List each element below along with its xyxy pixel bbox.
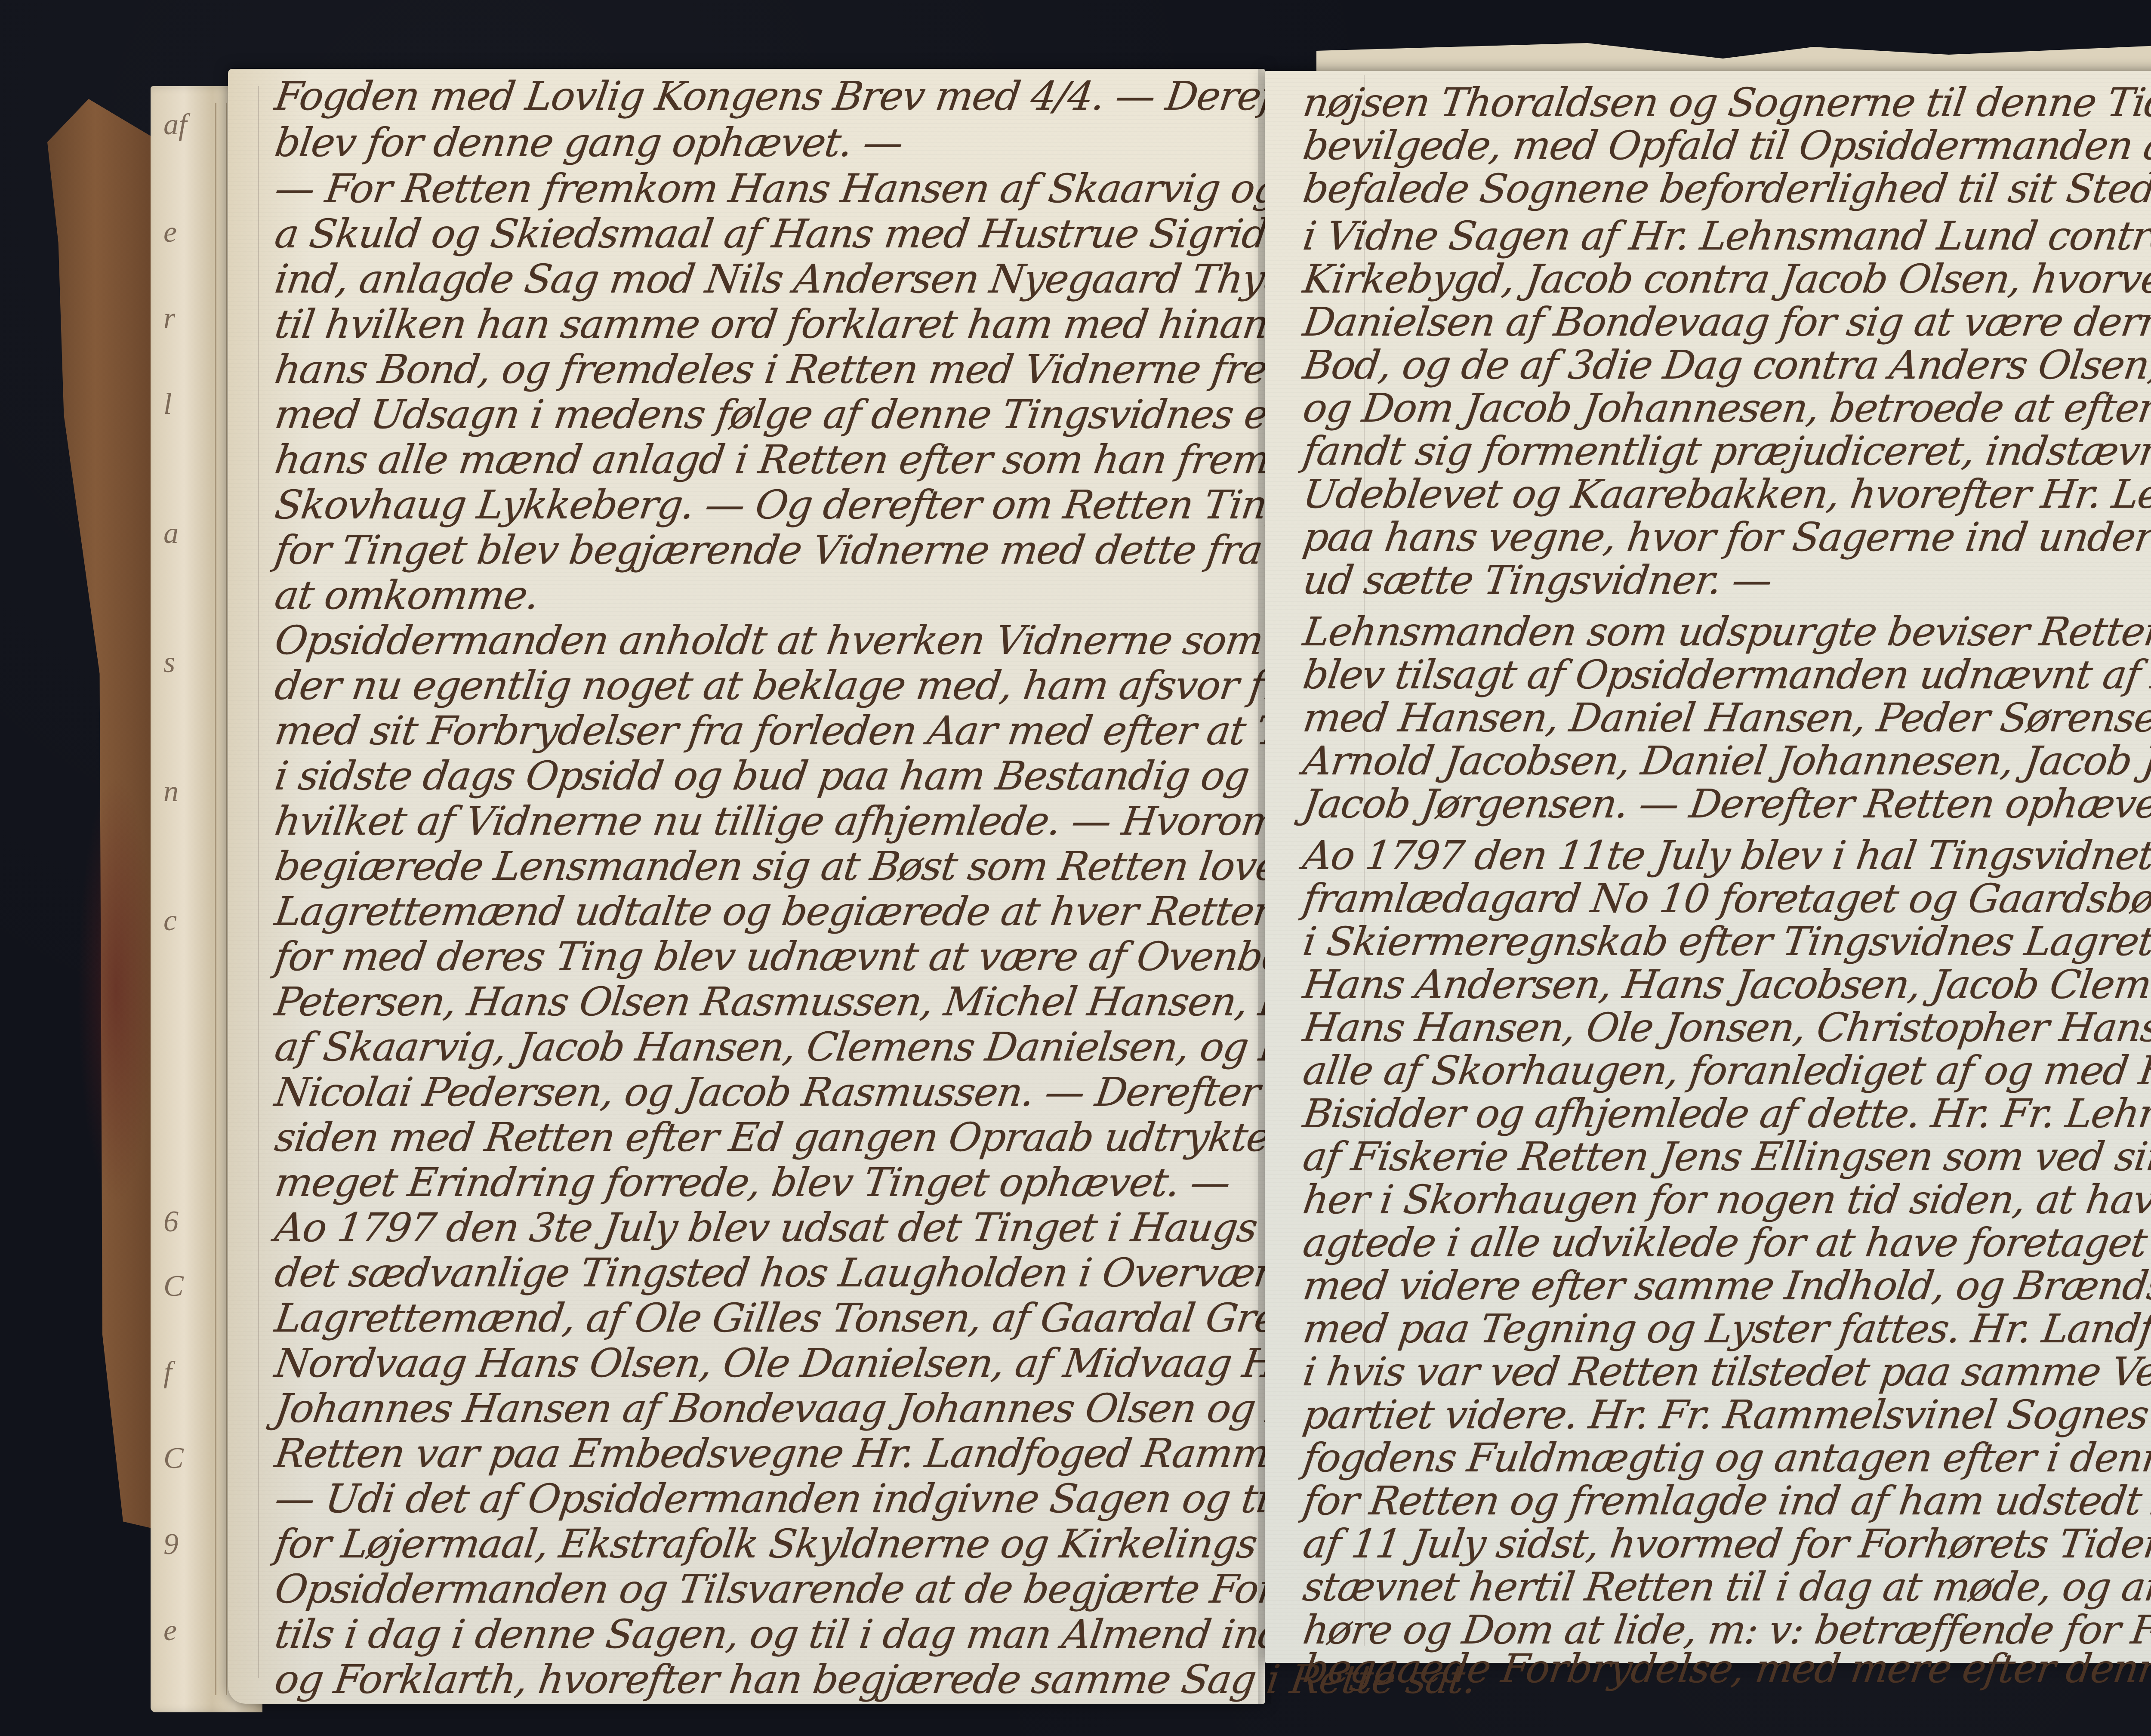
manuscript-line: at omkomme.: [272, 572, 541, 618]
edge-fragment: c: [163, 903, 177, 938]
manuscript-line: paa hans vegne, hvor for Sagerne ind und…: [1300, 514, 2151, 560]
manuscript-line: framlædagard No 10 foretaget og Gaardsbø…: [1300, 876, 2151, 922]
manuscript-line: af 11 July sidst, hvormed for Forhørets …: [1300, 1521, 2151, 1567]
manuscript-line: Jacob Jørgensen. — Derefter Retten ophæv…: [1300, 781, 2151, 827]
manuscript-line: fandt sig formentligt præjudiceret, inds…: [1300, 428, 2151, 474]
manuscript-line: i hvis var ved Retten tilstedet paa samm…: [1300, 1349, 2151, 1395]
manuscript-line: blev for denne gang ophævet. —: [272, 120, 905, 166]
manuscript-line: for Retten og fremlagde ind af ham udste…: [1300, 1478, 2151, 1524]
manuscript-line: med paa Tegning og Lyster fattes. Hr. La…: [1300, 1306, 2151, 1352]
manuscript-line: med videre efter samme Indhold, og Brænd…: [1300, 1263, 2151, 1309]
manuscript-line: i Skiermeregnskab efter Tingsvidnes Lagr…: [1300, 919, 2151, 965]
manuscript-line: befalede Sognene beforderlighed til sit …: [1300, 166, 2151, 212]
edge-fragment: r: [163, 301, 175, 336]
right-page: nøjsen Thoraldsen og Sognerne til denne …: [1265, 71, 2151, 1663]
manuscript-line: Kirkebygd, Jacob contra Jacob Olsen, hvo…: [1300, 256, 2151, 302]
manuscript-line: begaaede Forbrydelse, med mere efter den…: [1300, 1646, 2151, 1692]
manuscript-line: i sidste dags Opsidd og bud paa ham Best…: [272, 753, 1251, 799]
manuscript-line: her i Skorhaugen for nogen tid siden, at…: [1300, 1177, 2151, 1223]
binding-stain: [77, 774, 155, 1205]
manuscript-line: Bod, og de af 3die Dag contra Anders Ols…: [1300, 342, 2151, 388]
manuscript-line: begiærede Lensmanden sig at Bøst som Ret…: [272, 843, 1390, 889]
manuscript-line: og Dom Jacob Johannesen, betroede at eft…: [1300, 385, 2151, 431]
margin-rule: [258, 86, 259, 1678]
manuscript-line: alle af Skorhaugen, foranlediget af og m…: [1300, 1048, 2151, 1094]
edge-fragment: e: [163, 215, 177, 250]
edge-fragment: C: [163, 1441, 184, 1476]
manuscript-line: Ao 1797 den 3te July blev udsat det Ting…: [272, 1205, 1384, 1251]
manuscript-line: Ao 1797 den 11te July blev i hal Tingsvi…: [1300, 833, 2151, 879]
right-page-text: nøjsen Thoraldsen og Sognerne til denne …: [1304, 80, 2151, 1646]
manuscript-line: Opsiddermanden anholdt at hverken Vidner…: [272, 617, 1349, 663]
manuscript-line: Udeblevet og Kaarebakken, hvorefter Hr. …: [1300, 471, 2151, 517]
edge-fragment: 6: [163, 1205, 179, 1239]
manuscript-line: hvilket af Vidnerne nu tillige afhjemled…: [272, 798, 1281, 844]
manuscript-line: nøjsen Thoraldsen og Sognerne til denne …: [1300, 80, 2151, 126]
manuscript-line: Danielsen af Bondevaag for sig at være d…: [1300, 299, 2151, 345]
manuscript-line: i Vidne Sagen af Hr. Lehnsmand Lund cont…: [1300, 213, 2151, 259]
manuscript-line: fogdens Fuldmægtig og antagen efter i de…: [1300, 1435, 2151, 1481]
edge-fragment: f: [163, 1355, 172, 1390]
manuscript-line: — For Retten fremkom Hans Hansen af Skaa…: [272, 166, 1415, 212]
page-edge-line: [226, 103, 227, 1695]
left-page-text: Fogden med Lovlig Kongens Brev med 4/4. …: [275, 73, 1248, 1691]
manuscript-line: Arnold Jacobsen, Daniel Johannesen, Jaco…: [1300, 738, 2151, 784]
edge-fragment: n: [163, 774, 179, 809]
edge-fragment: 9: [163, 1527, 179, 1562]
manuscript-line: Hans Hansen, Ole Jonsen, Christopher Han…: [1300, 1005, 2151, 1051]
edge-fragment: af: [163, 108, 187, 142]
page-edge-line: [215, 103, 216, 1695]
manuscript-line: med Hansen, Daniel Hansen, Peder Sørense…: [1300, 695, 2151, 741]
manuscript-line: hans alle mænd anlagd i Retten efter som…: [272, 437, 1362, 483]
edge-fragment: C: [163, 1269, 184, 1304]
manuscript-line: og Forklarth, hvorefter han begjærede sa…: [272, 1656, 1479, 1702]
manuscript-line: tils i dag i denne Sagen, og til i dag m…: [272, 1611, 1396, 1657]
edge-fragment: s: [163, 645, 175, 680]
edge-fragment: a: [163, 516, 179, 551]
manuscript-line: Lehnsmanden som udspurgte beviser Retten…: [1300, 609, 2151, 655]
edge-fragment: l: [163, 387, 172, 422]
manuscript-line: bevilgede, med Opfald til Opsiddermanden…: [1300, 123, 2151, 169]
manuscript-line: blev tilsagt af Opsiddermanden udnævnt a…: [1300, 652, 2151, 698]
manuscript-line: partiet videre. Hr. Fr. Rammelsvinel Sog…: [1300, 1392, 2151, 1438]
manuscript-line: af Fiskerie Retten Jens Ellingsen som ve…: [1300, 1134, 2151, 1180]
manuscript-line: Bisidder og afhjemlede af dette. Hr. Fr.…: [1300, 1091, 2151, 1137]
manuscript-line: meget Erindring forrede, blev Tinget oph…: [272, 1159, 1233, 1206]
manuscript-line: agtede i alle udviklede for at have fore…: [1300, 1220, 2151, 1266]
manuscript-line: Lagrettemænd udtalte og begiærede at hve…: [272, 888, 1281, 934]
manuscript-line: med sit Forbrydelser fra forleden Aar me…: [272, 708, 1343, 754]
manuscript-line: for Tinget blev begjærende Vidnerne med …: [272, 527, 1265, 573]
manuscript-line: stævnet hertil Retten til i dag at møde,…: [1300, 1564, 2151, 1610]
edge-fragment: e: [163, 1613, 177, 1648]
manuscript-line: Hans Andersen, Hans Jacobsen, Jacob Clem…: [1300, 962, 2151, 1008]
manuscript-line: hans Bond, og fremdeles i Retten med Vid…: [272, 346, 1380, 392]
left-page: Fogden med Lovlig Kongens Brev med 4/4. …: [228, 69, 1265, 1704]
manuscript-line: ud sætte Tingsvidner. —: [1300, 557, 1774, 603]
